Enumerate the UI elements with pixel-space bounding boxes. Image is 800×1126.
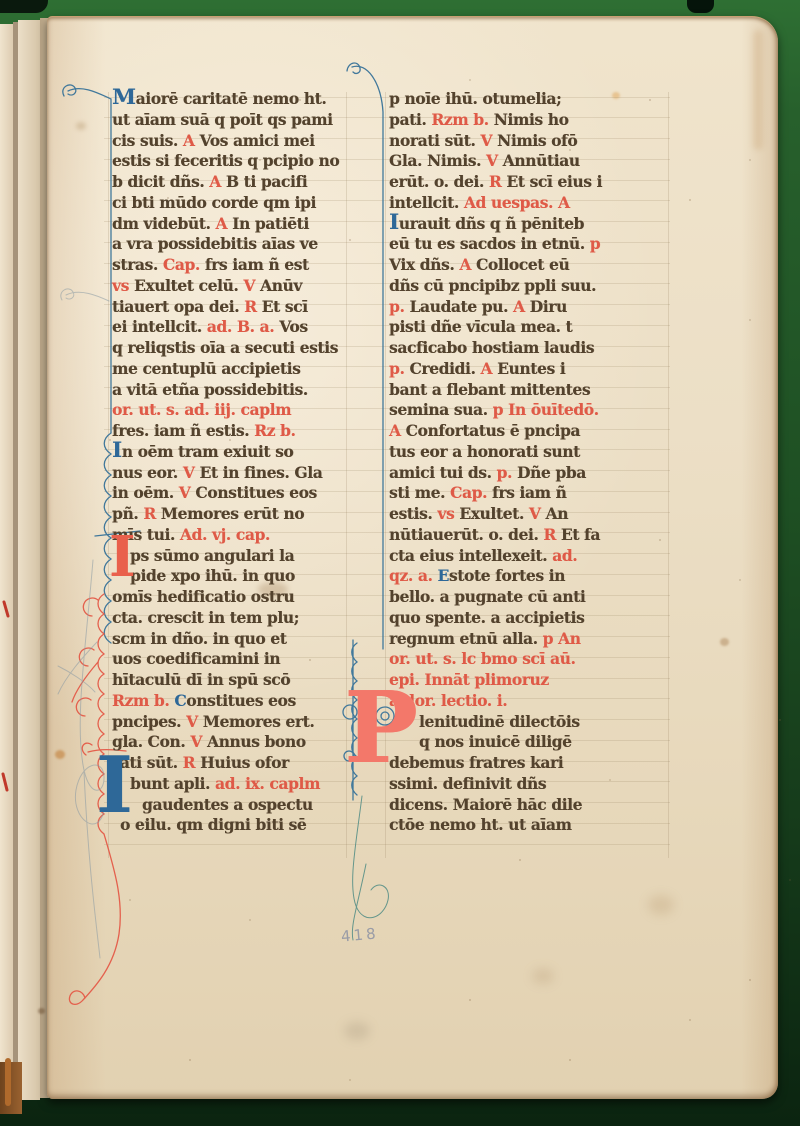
text-line: debemus fratres kari [389, 753, 673, 774]
binding-corner [0, 1062, 22, 1114]
text-segment: Dñe pba [517, 463, 586, 482]
text-segment: hītaculū dī in spū scō [112, 670, 290, 689]
text-line: omīs hedificatio ostru [112, 587, 380, 608]
drop-cap-I-lapide: I [109, 529, 135, 585]
text-segment: V [186, 712, 203, 731]
text-segment: Confortatus ē pncipa [406, 421, 580, 440]
text-segment: erūt. o. dei. [389, 172, 489, 191]
text-segment: estis. [389, 504, 437, 523]
page-edge-strip [18, 20, 40, 1100]
text-line: uos coedificamini in [112, 649, 380, 670]
text-line: p. Credidi. A Euntes i [389, 359, 673, 380]
text-segment: V [183, 463, 200, 482]
text-segment: lenitudinē dilectōis [419, 712, 580, 731]
text-segment: nūtiauerūt. o. dei. [389, 525, 543, 544]
ruling-line [104, 844, 670, 845]
text-segment: cta eius intellexeit. [389, 546, 552, 565]
text-segment: p An [543, 629, 581, 648]
text-segment: Collocet eū [476, 255, 569, 274]
text-segment: Cap. [163, 255, 205, 274]
text-segment: cis suis. [112, 131, 183, 150]
text-segment: tus eor a honorati sunt [389, 442, 580, 461]
text-line: ci bti mūdo corde qm ipi [112, 193, 380, 214]
text-line: vs Exultet celū. V Anūv [112, 276, 380, 297]
stain [648, 895, 674, 915]
text-segment: p [590, 234, 600, 253]
text-segment: or. ut. s. lc bmo scī aū. [389, 649, 575, 668]
text-segment: pisti dñe vīcula mea. t [389, 317, 572, 336]
text-segment: Anūv [260, 276, 302, 295]
text-segment: Et scī eius i [506, 172, 602, 191]
text-segment: q nos inuicē diligē [419, 732, 572, 751]
text-segment: Exultet. [459, 504, 529, 523]
parchment-speckles [47, 17, 49, 19]
text-line: tus eor a honorati sunt [389, 442, 673, 463]
text-segment: stote fortes in [449, 566, 565, 585]
text-line: cis suis. A Vos amici mei [112, 131, 380, 152]
text-segment: p. [389, 359, 409, 378]
text-segment: frs iam ñ est [205, 255, 309, 274]
text-line: intellcit. Ad uespas. A [389, 193, 673, 214]
text-line: eū tu es sacdos in etnū. p [389, 234, 673, 255]
text-segment: ei intellcit. [112, 317, 207, 336]
drop-cap-I-ibunt: I [96, 747, 133, 825]
text-segment: q reliqstis oīa a secuti estis [112, 338, 338, 357]
text-segment: Vos amici mei [199, 131, 314, 150]
text-segment: vs [112, 276, 134, 295]
text-line: erūt. o. dei. R Et scī eius i [389, 172, 673, 193]
text-segment: A [183, 131, 200, 150]
text-segment: sacficabo hostiam laudis [389, 338, 594, 357]
text-line: bant a flebant mittentes [389, 380, 673, 401]
text-column-right: p noīe ihū. otumelia;pati. Rzm b. Nimis … [389, 89, 673, 836]
text-segment: urauit dñs q ñ pēniteb [399, 214, 584, 233]
text-segment: R [489, 172, 506, 191]
text-segment: V [529, 504, 546, 523]
text-segment: bello. a pugnate cū anti [389, 587, 585, 606]
text-line: estis. vs Exultet. V An [389, 504, 673, 525]
text-line: norati sūt. V Nimis ofō [389, 131, 673, 152]
text-segment: Nimis ho [494, 110, 569, 129]
text-line: or. ut. s. ad. iij. caplm [112, 400, 380, 421]
text-line: quo spente. a accipietis [389, 608, 673, 629]
text-segment: cta. crescit in tem plu; [112, 608, 299, 627]
text-segment: Rzm b. [112, 691, 174, 710]
text-segment: regnum etnū alla. [389, 629, 543, 648]
text-line: or. ut. s. lc bmo scī aū. [389, 649, 673, 670]
stain [753, 30, 763, 150]
stain [55, 750, 65, 759]
text-segment: dñs cū pncipibz ppli suu. [389, 276, 596, 295]
text-segment: pncipes. [112, 712, 186, 731]
text-segment: bant a flebant mittentes [389, 380, 590, 399]
text-line: ssimi. definivit dñs [389, 774, 673, 795]
text-segment: p In ōuītedō. [493, 400, 599, 419]
text-line: mīs tui. Ad. vj. cap. [112, 525, 380, 546]
text-segment: R [244, 297, 261, 316]
text-segment: Nimis ofō [497, 131, 577, 150]
text-segment: onstitues eos [186, 691, 296, 710]
text-segment: V [480, 131, 497, 150]
text-segment: I [389, 210, 399, 235]
text-line: a vitā etña possidebitis. [112, 380, 380, 401]
text-line: rati sūt. R Huius ofor [112, 753, 380, 774]
text-line: p. Laudate pu. A Diru [389, 297, 673, 318]
text-segment: Vos [279, 317, 307, 336]
text-line: Rzm b. Constitues eos [112, 691, 380, 712]
background-notch [687, 0, 714, 13]
text-segment: A [480, 359, 497, 378]
text-segment: semina sua. [389, 400, 493, 419]
pencil-folio-number: 418 [340, 924, 379, 945]
text-segment: pati. [389, 110, 431, 129]
text-segment: pñ. [112, 504, 143, 523]
background-shadow-top-left [0, 0, 48, 13]
text-line: p noīe ihū. otumelia; [389, 89, 673, 110]
text-segment: Et scī [262, 297, 308, 316]
text-line: me centuplū accipietis [112, 359, 380, 380]
text-line: semina sua. p In ōuītedō. [389, 400, 673, 421]
text-segment: aiorē caritatē nemo ht. [136, 89, 327, 108]
text-segment: amici tui ds. [389, 463, 497, 482]
text-segment: Vix dñs. [389, 255, 459, 274]
text-segment: quo spente. a accipietis [389, 608, 584, 627]
text-segment: qz. a. [389, 566, 437, 585]
text-line: hītaculū dī in spū scō [112, 670, 380, 691]
text-segment: An [546, 504, 569, 523]
text-line: pide xpo ihū. in quo [112, 566, 380, 587]
text-line: regnum etnū alla. p An [389, 629, 673, 650]
text-line: gla. Con. V Annus bono [112, 732, 380, 753]
text-segment: bunt apli. [130, 774, 215, 793]
text-line: nūtiauerūt. o. dei. R Et fa [389, 525, 673, 546]
text-line: pisti dñe vīcula mea. t [389, 317, 673, 338]
text-segment: Euntes i [497, 359, 565, 378]
text-line: nus eor. V Et in fines. Gla [112, 463, 380, 484]
text-line: epi. Innāt plimoruz [389, 670, 673, 691]
text-line: fres. iam ñ estis. Rz b. [112, 421, 380, 442]
text-line: aplor. lectio. i. [389, 691, 673, 712]
text-line: gaudentes a ospectu [112, 795, 380, 816]
text-line: Maiorē caritatē nemo ht. [112, 89, 380, 110]
text-segment: tiauert opa dei. [112, 297, 244, 316]
text-segment: B ti pacifi [226, 172, 307, 191]
text-segment: stras. [112, 255, 163, 274]
text-line: ctōe nemo ht. ut aīam [389, 815, 673, 836]
text-segment: fres. iam ñ estis. [112, 421, 254, 440]
text-segment: V [190, 732, 207, 751]
text-line: Iurauit dñs q ñ pēniteb [389, 214, 673, 235]
text-segment: ut aīam suā q poīt qs pami [112, 110, 333, 129]
text-line: ei intellcit. ad. B. a. Vos [112, 317, 380, 338]
text-segment: scm in dño. in quo et [112, 629, 287, 648]
text-segment: Exultet celū. [134, 276, 243, 295]
text-line: pñ. R Memores erūt no [112, 504, 380, 525]
text-segment: Gla. Nimis. [389, 151, 486, 170]
stain [76, 122, 86, 130]
text-line: bunt apli. ad. ix. caplm [112, 774, 380, 795]
text-segment: V [486, 151, 503, 170]
text-segment: ad. [552, 546, 577, 565]
text-segment: a vra possidebitis aīas ve [112, 234, 318, 253]
text-segment: Laudate pu. [409, 297, 513, 316]
text-segment: p noīe ihū. otumelia; [389, 89, 561, 108]
text-segment: R [143, 504, 160, 523]
text-segment: dm videbūt. [112, 214, 216, 233]
text-line: ps sūmo angulari la [112, 546, 380, 567]
text-segment: Diru [530, 297, 567, 316]
text-line: b dicit dñs. A B ti pacifi [112, 172, 380, 193]
text-segment: Memores ert. [203, 712, 315, 731]
text-line: q nos inuicē diligē [389, 732, 673, 753]
text-segment: Ad. vj. cap. [180, 525, 270, 544]
text-segment: Rzm b. [431, 110, 493, 129]
text-line: tiauert opa dei. R Et scī [112, 297, 380, 318]
text-segment: ctōe nemo ht. ut aīam [389, 815, 571, 834]
text-line: In oēm tram exiuit so [112, 442, 380, 463]
text-line: pati. Rzm b. Nimis ho [389, 110, 673, 131]
text-line: cta eius intellexeit. ad. [389, 546, 673, 567]
text-segment: Rz b. [254, 421, 295, 440]
text-line: o eilu. qm digni biti sē [112, 815, 380, 836]
text-line: dñs cū pncipibz ppli suu. [389, 276, 673, 297]
text-line: sacficabo hostiam laudis [389, 338, 673, 359]
text-line: stras. Cap. frs iam ñ est [112, 255, 380, 276]
stain [720, 638, 729, 646]
page-edge-strip [0, 24, 13, 1100]
text-segment: Cap. [450, 483, 492, 502]
text-segment: A [216, 214, 233, 233]
text-segment: A [459, 255, 476, 274]
text-line: cta. crescit in tem plu; [112, 608, 380, 629]
text-line: amici tui ds. p. Dñe pba [389, 463, 673, 484]
text-segment: vs [437, 504, 459, 523]
stain [344, 1022, 370, 1040]
text-segment: uos coedificamini in [112, 649, 280, 668]
text-line: in oēm. V Constitues eos [112, 483, 380, 504]
text-segment: dicens. Maiorē hāc dile [389, 795, 582, 814]
text-line: pncipes. V Memores ert. [112, 712, 380, 733]
text-segment: Huius ofor [200, 753, 289, 772]
text-segment: intellcit. [389, 193, 464, 212]
text-segment: or. ut. s. ad. iij. caplm [112, 400, 291, 419]
text-segment: n oēm tram exiuit so [122, 442, 294, 461]
text-segment: o eilu. qm digni biti sē [120, 815, 306, 834]
text-line: lenitudinē dilectōis [389, 712, 673, 733]
text-segment: Ad uespas. A [464, 193, 570, 212]
text-segment: C [174, 691, 186, 710]
text-segment: Constitues eos [195, 483, 316, 502]
text-segment: estis si feceritis q pcipio no [112, 151, 339, 170]
text-segment: ci bti mūdo corde qm ipi [112, 193, 316, 212]
text-segment: eū tu es sacdos in etnū. [389, 234, 590, 253]
text-segment: Et fa [561, 525, 600, 544]
text-segment: ad. B. a. [207, 317, 279, 336]
text-segment: ad. ix. caplm [215, 774, 320, 793]
text-segment: A [209, 172, 226, 191]
text-segment: E [437, 566, 448, 585]
text-line: estis si feceritis q pcipio no [112, 151, 380, 172]
text-segment: A [513, 297, 530, 316]
text-line: dm videbūt. A In patiēti [112, 214, 380, 235]
stain [38, 1008, 45, 1014]
text-segment: in oēm. [112, 483, 179, 502]
text-segment: me centuplū accipietis [112, 359, 300, 378]
text-line: a vra possidebitis aīas ve [112, 234, 380, 255]
text-segment: ps sūmo angulari la [130, 546, 294, 565]
text-segment: gaudentes a ospectu [142, 795, 313, 814]
text-line: sti me. Cap. frs iam ñ [389, 483, 673, 504]
text-line: q reliqstis oīa a secuti estis [112, 338, 380, 359]
text-line: scm in dño. in quo et [112, 629, 380, 650]
text-segment: V [243, 276, 260, 295]
text-segment: p. [389, 297, 409, 316]
drop-cap-P-plenitudo: P [344, 680, 418, 778]
text-segment: I [112, 438, 122, 463]
text-line: ut aīam suā q poīt qs pami [112, 110, 380, 131]
text-segment: Memores erūt no [161, 504, 304, 523]
text-segment: In patiēti [232, 214, 309, 233]
text-segment: omīs hedificatio ostru [112, 587, 294, 606]
text-segment: Annūtiau [503, 151, 580, 170]
text-segment: A [389, 421, 406, 440]
text-line: bello. a pugnate cū anti [389, 587, 673, 608]
text-segment: M [112, 85, 136, 110]
text-segment: R [543, 525, 560, 544]
text-segment: nus eor. [112, 463, 183, 482]
binding-corner-highlight [5, 1058, 11, 1106]
stain [532, 968, 554, 984]
text-column-left: Maiorē caritatē nemo ht.ut aīam suā q po… [112, 89, 380, 836]
text-segment: frs iam ñ [492, 483, 566, 502]
text-line: Gla. Nimis. V Annūtiau [389, 151, 673, 172]
text-line: qz. a. Estote fortes in [389, 566, 673, 587]
text-segment: Credidi. [409, 359, 480, 378]
text-segment: b dicit dñs. [112, 172, 209, 191]
text-segment: V [179, 483, 196, 502]
text-segment: p. [497, 463, 517, 482]
text-line: A Confortatus ē pncipa [389, 421, 673, 442]
text-segment: a vitā etña possidebitis. [112, 380, 308, 399]
text-segment: pide xpo ihū. in quo [130, 566, 295, 585]
text-segment: Et in fines. Gla [199, 463, 322, 482]
text-segment: norati sūt. [389, 131, 480, 150]
text-line: dicens. Maiorē hāc dile [389, 795, 673, 816]
text-line: Vix dñs. A Collocet eū [389, 255, 673, 276]
text-segment: sti me. [389, 483, 450, 502]
text-segment: Annus bono [207, 732, 306, 751]
text-segment: R [183, 753, 200, 772]
